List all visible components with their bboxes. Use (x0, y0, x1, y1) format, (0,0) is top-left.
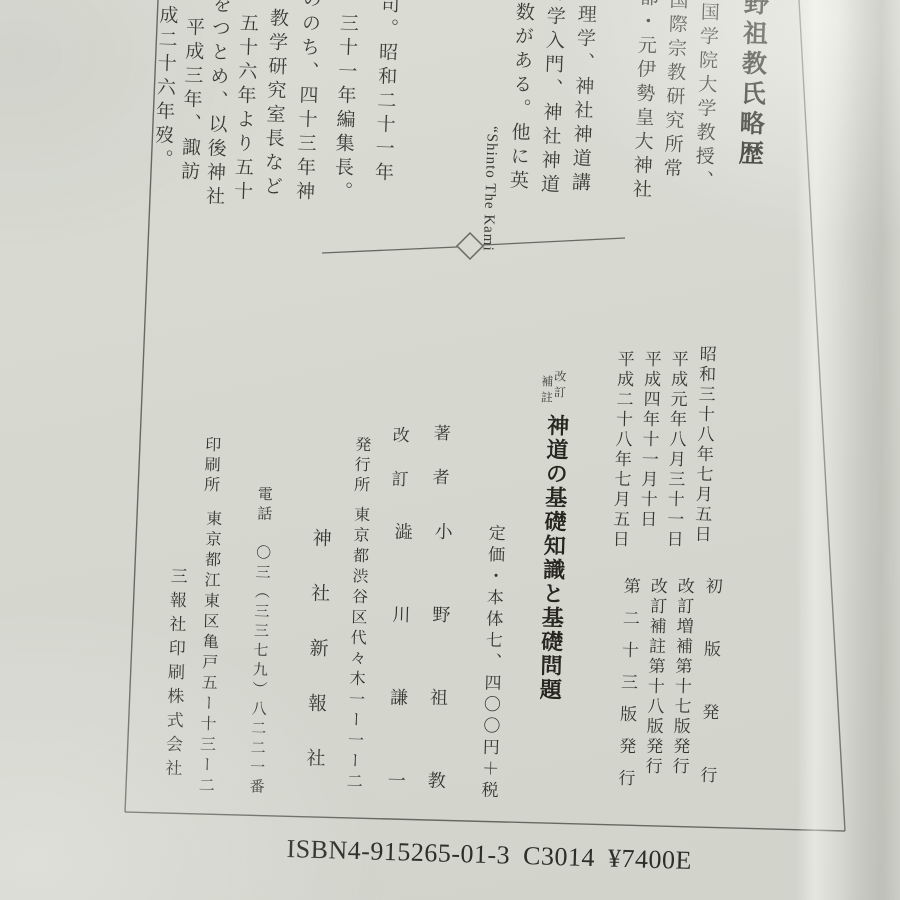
title-revision-label-1: 改訂 (553, 370, 566, 402)
isbn-code: ISBN4-915265-01-3 C3014 ¥7400E (286, 834, 692, 876)
bio-column: 前国学院大学教授、 (692, 0, 719, 194)
publisher-phone: 電話 〇三（三三七九）八二二一番 (247, 486, 271, 798)
bio-column: 国際宗教研究所常 (661, 0, 687, 182)
bio-column: 多数がある。他に英 (507, 0, 534, 194)
bio-column: 職ののち、四十三年神 (294, 0, 321, 205)
bio-column: 長・教学研究室長など (262, 0, 289, 200)
bio-heading: 野祖教氏略歴 (736, 0, 767, 170)
printer-label: 印刷所 (201, 436, 219, 496)
bio-english-title-column: “Shinto The Kami (480, 126, 499, 252)
printer-address: 東京都江東区亀戸五ー十三ー二 (196, 510, 220, 797)
author-label: 著者 (430, 424, 449, 512)
edition-label: 第二十三版発行 (616, 577, 639, 801)
edition-date: 昭和三十八年七月五日 (692, 345, 715, 545)
publisher-name: 神社新報社 (303, 528, 330, 803)
printer-name: 三報社印刷株式会社 (163, 567, 186, 783)
edition-label: 改訂補註第十八版発行 (643, 577, 666, 777)
edition-label: 改訂増補第十七版発行 (670, 577, 693, 777)
author-name: 小野祖教 (425, 522, 452, 854)
edition-date: 平成四年十一月十日 (638, 350, 660, 530)
colophon-text-layer: 野祖教氏略歴 前国学院大学教授、 国際宗教研究所常 都・元伊勢皇大神社 論理学、… (0, 0, 900, 900)
bio-column: 長をつとめ、以後神社 (204, 0, 231, 210)
reviser-name: 澁川謙一 (385, 522, 412, 854)
price-text: 定価・本体七、四〇〇円＋税 (479, 524, 504, 803)
edition-date: 平成元年八月三十一日 (664, 350, 687, 550)
edition-date: 平成二十八年七月五日 (610, 350, 633, 550)
bio-column: 宮司。昭和二十一年 (372, 0, 399, 186)
bio-column: 友に。平成三年、諏訪 (179, 0, 206, 185)
book-title: 神道の基礎知識と基礎問題 (538, 414, 568, 703)
bio-column: 論理学、神社神道講 (569, 0, 596, 196)
reviser-label: 改訂 (389, 426, 408, 514)
book-colophon-page-photo: 野祖教氏略歴 前国学院大学教授、 国際宗教研究所常 都・元伊勢皇大神社 論理学、… (0, 0, 900, 900)
bio-column: 都・元伊勢皇大神社 (630, 0, 657, 203)
bio-column: 神学入門、神社神道 (538, 0, 565, 198)
bio-column: 週、三十一年編集長。 (332, 0, 359, 205)
edition-label: 初版発行 (697, 577, 721, 829)
publisher-label: 発行所 (351, 436, 369, 496)
bio-column: 司。五十六年より五十 (232, 0, 259, 205)
publisher-address: 東京都渋谷区代々木一ー一ー二 (344, 506, 368, 793)
bio-column: になる。平成二十六年歿。 (152, 0, 181, 173)
title-revision-label-2: 補註 (540, 375, 553, 407)
